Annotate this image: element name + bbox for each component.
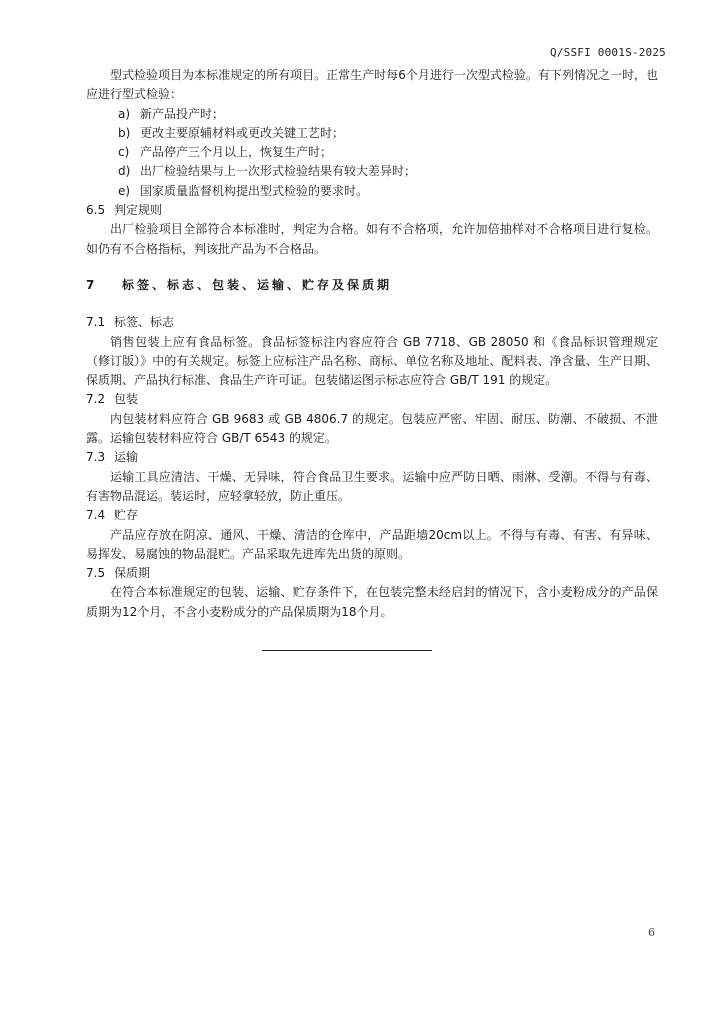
section-number: 7.2: [86, 390, 114, 409]
section-number: 6.5: [86, 201, 114, 220]
section-heading-7-5: 7.5保质期: [86, 564, 658, 583]
chapter-heading-7: 7标签、标志、包装、运输、贮存及保质期: [86, 276, 658, 295]
list-item: d)出厂检验结果与上一次形式检验结果有较大差异时；: [86, 162, 658, 181]
section-number: 7.1: [86, 313, 114, 332]
inspection-conditions-list: a)新产品投产时； b)更改主要原辅材料或更改关键工艺时； c)产品停产三个月以…: [86, 105, 658, 201]
section-heading-7-4: 7.4贮存: [86, 506, 658, 525]
section-title: 标签、标志: [114, 315, 174, 329]
list-item: c)产品停产三个月以上，恢复生产时；: [86, 143, 658, 162]
section-title: 包装: [114, 392, 138, 406]
section-paragraph: 在符合本标准规定的包装、运输、贮存条件下，在包装完整未经启封的情况下，含小麦粉成…: [86, 583, 658, 622]
chapter-title: 标签、标志、包装、运输、贮存及保质期: [122, 278, 392, 292]
list-text: 新产品投产时；: [140, 105, 224, 124]
list-label: a): [118, 105, 140, 124]
section-heading-7-2: 7.2包装: [86, 390, 658, 409]
list-label: e): [118, 182, 140, 201]
end-of-document-rule: [262, 650, 432, 651]
section-number: 7.5: [86, 564, 114, 583]
list-text: 出厂检验结果与上一次形式检验结果有较大差异时；: [140, 162, 416, 181]
page-number: 6: [648, 926, 655, 939]
list-text: 国家质量监督机构提出型式检验的要求时。: [140, 182, 368, 201]
intro-paragraph: 型式检验项目为本标准规定的所有项目。正常生产时每6个月进行一次型式检验。有下列情…: [86, 66, 658, 105]
standard-code: Q/SSFI 0001S-2025: [550, 46, 666, 59]
list-label: c): [118, 143, 140, 162]
section-paragraph: 销售包装上应有食品标签。食品标签标注内容应符合 GB 7718、GB 28050…: [86, 333, 658, 391]
list-item: b)更改主要原辅材料或更改关键工艺时；: [86, 124, 658, 143]
section-paragraph: 产品应存放在阴凉、通风、干燥、清洁的仓库中，产品距墙20cm以上。不得与有毒、有…: [86, 526, 658, 565]
list-item: e)国家质量监督机构提出型式检验的要求时。: [86, 182, 658, 201]
section-heading-7-1: 7.1标签、标志: [86, 313, 658, 332]
section-title: 保质期: [114, 566, 150, 580]
section-paragraph: 出厂检验项目全部符合本标准时，判定为合格。如有不合格项，允许加倍抽样对不合格项目…: [86, 220, 658, 259]
document-body: 型式检验项目为本标准规定的所有项目。正常生产时每6个月进行一次型式检验。有下列情…: [86, 66, 658, 622]
section-title: 运输: [114, 450, 138, 464]
list-item: a)新产品投产时；: [86, 105, 658, 124]
section-heading-6-5: 6.5判定规则: [86, 201, 658, 220]
chapter-number: 7: [86, 276, 122, 295]
section-paragraph: 内包装材料应符合 GB 9683 或 GB 4806.7 的规定。包装应严密、牢…: [86, 410, 658, 449]
list-text: 更改主要原辅材料或更改关键工艺时；: [140, 124, 344, 143]
section-heading-7-3: 7.3运输: [86, 448, 658, 467]
list-label: d): [118, 162, 140, 181]
list-label: b): [118, 124, 140, 143]
section-title: 判定规则: [114, 203, 162, 217]
section-number: 7.4: [86, 506, 114, 525]
section-title: 贮存: [114, 508, 138, 522]
list-text: 产品停产三个月以上，恢复生产时；: [140, 143, 332, 162]
section-paragraph: 运输工具应清洁、干燥、无异味，符合食品卫生要求。运输中应严防日晒、雨淋、受潮。不…: [86, 468, 658, 507]
section-number: 7.3: [86, 448, 114, 467]
